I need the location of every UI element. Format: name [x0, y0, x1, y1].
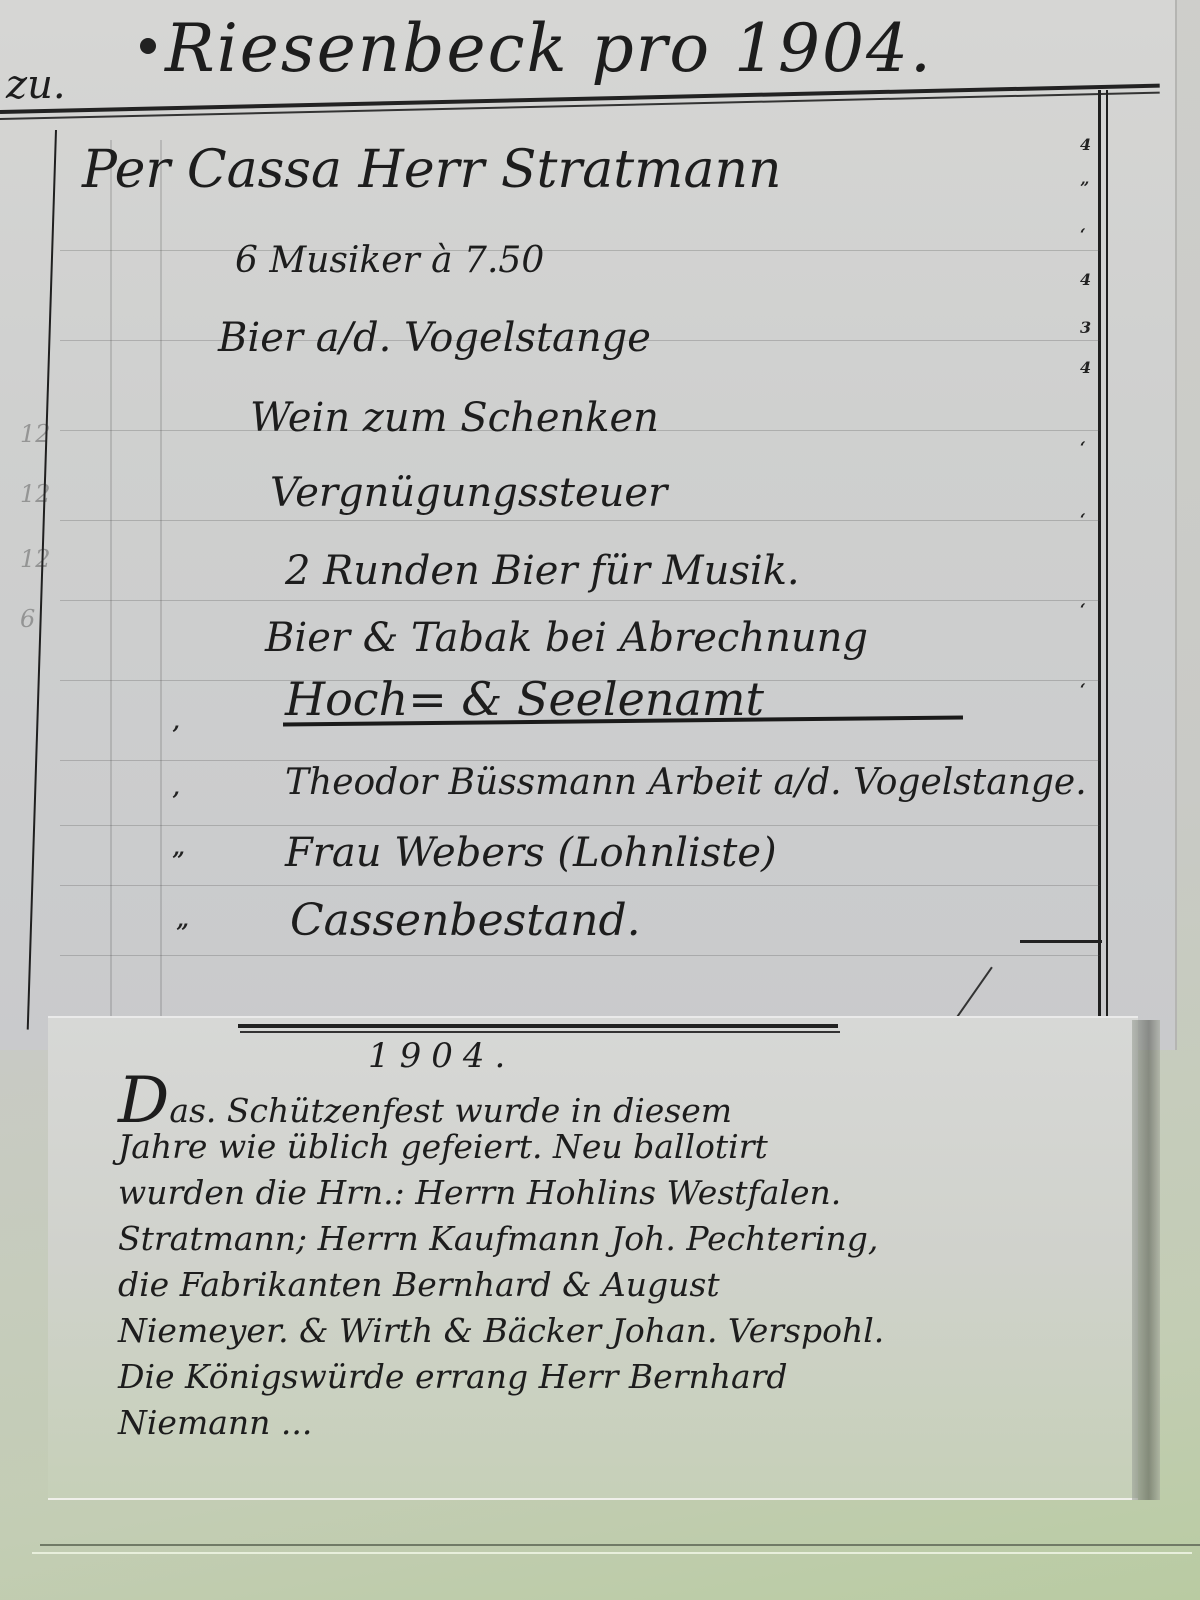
amount-mark: 3 — [1080, 318, 1091, 337]
ink-dot — [140, 38, 156, 54]
margin-number: 6 — [20, 605, 35, 633]
ledger-entry: 6 Musiker à 7.50 — [235, 240, 544, 281]
amount-mark: ‘ — [1080, 680, 1086, 699]
amount-mark: ” — [1080, 178, 1089, 197]
heading-rule — [0, 84, 1160, 114]
ruled-line — [60, 600, 1100, 601]
amount-column-rule — [1098, 90, 1101, 1030]
margin-number: 12 — [20, 420, 51, 448]
amount-mark: 4 — [1080, 358, 1091, 377]
ruled-line — [60, 825, 1100, 826]
ledger-entry: Frau Webers (Lohnliste) — [285, 830, 777, 876]
ledger-page: zu. Riesenbeck pro 1904. 12 12 12 6 Per … — [0, 0, 1175, 1050]
ledger-entry: Bier a/d. Vogelstange — [218, 315, 651, 361]
note-line: Niemeyer. & Wirth & Bäcker Johan. Verspo… — [118, 1308, 1138, 1354]
note-line: die Fabrikanten Bernhard & August — [118, 1262, 1138, 1308]
ditto-mark: ” — [176, 920, 189, 946]
ledger-entry: Vergnügungssteuer — [270, 470, 667, 516]
note-line: Jahre wie üblich gefeiert. Neu ballotirt — [118, 1124, 1138, 1170]
amount-column-rule-secondary — [1106, 90, 1108, 1030]
ruled-line — [60, 885, 1100, 886]
page-heading: zu. Riesenbeck pro 1904. — [0, 0, 1175, 120]
ledger-entry: 2 Runden Bier für Musik. — [285, 548, 800, 594]
note-line: Das. Schützenfest wurde in diesem — [118, 1078, 1138, 1124]
amount-mark: ‘ — [1080, 438, 1086, 457]
ledger-entry: Per Cassa Herr Stratmann — [82, 140, 781, 200]
ditto-mark: ’ — [172, 722, 180, 748]
margin-number: 12 — [20, 545, 51, 573]
note-top-rule — [238, 1024, 838, 1028]
ledger-entry: Cassenbestand. — [290, 895, 641, 946]
note-year: 1904. — [368, 1036, 515, 1076]
ruled-line — [60, 760, 1100, 761]
note-line: wurden die Hrn.: Herrn Hohlins Westfalen… — [118, 1170, 1138, 1216]
amount-mark: 4 — [1080, 135, 1091, 154]
heading-prefix: zu. — [6, 62, 66, 108]
mat-bevel-highlight — [32, 1552, 1192, 1554]
ruled-line — [60, 250, 1100, 251]
ditto-mark: ’ — [172, 788, 180, 814]
sum-line — [1020, 940, 1102, 943]
amount-mark: ‘ — [1080, 510, 1086, 529]
pasted-note-page: 1904. Das. Schützenfest wurde in diesem … — [48, 1018, 1138, 1498]
faint-column-rule — [110, 140, 112, 1030]
faint-column-rule — [160, 140, 162, 1030]
margin-number: 12 — [20, 480, 51, 508]
note-line: Niemann ... — [118, 1400, 1138, 1446]
ruled-line — [60, 955, 1100, 956]
page-edge-shadow — [1132, 1020, 1160, 1500]
margin-rule-left — [27, 130, 57, 1030]
amount-mark: ‘ — [1080, 225, 1086, 244]
ditto-mark: ” — [172, 848, 185, 874]
ruled-line — [60, 520, 1100, 521]
page-title: Riesenbeck pro 1904. — [165, 10, 933, 87]
ledger-entry: Wein zum Schenken — [250, 395, 659, 441]
ledger-entry: Theodor Büssmann Arbeit a/d. Vogelstange… — [285, 762, 1087, 803]
note-top-rule-secondary — [240, 1031, 840, 1033]
note-line: Stratmann; Herrn Kaufmann Joh. Pechterin… — [118, 1216, 1138, 1262]
note-body: Das. Schützenfest wurde in diesem Jahre … — [118, 1078, 1138, 1446]
note-line: Die Königswürde errang Herr Bernhard — [118, 1354, 1138, 1400]
mat-bevel-line — [40, 1544, 1200, 1546]
amount-mark: 4 — [1080, 270, 1091, 289]
amount-mark: ‘ — [1080, 600, 1086, 619]
ledger-entry: Bier & Tabak bei Abrechnung — [265, 615, 868, 661]
